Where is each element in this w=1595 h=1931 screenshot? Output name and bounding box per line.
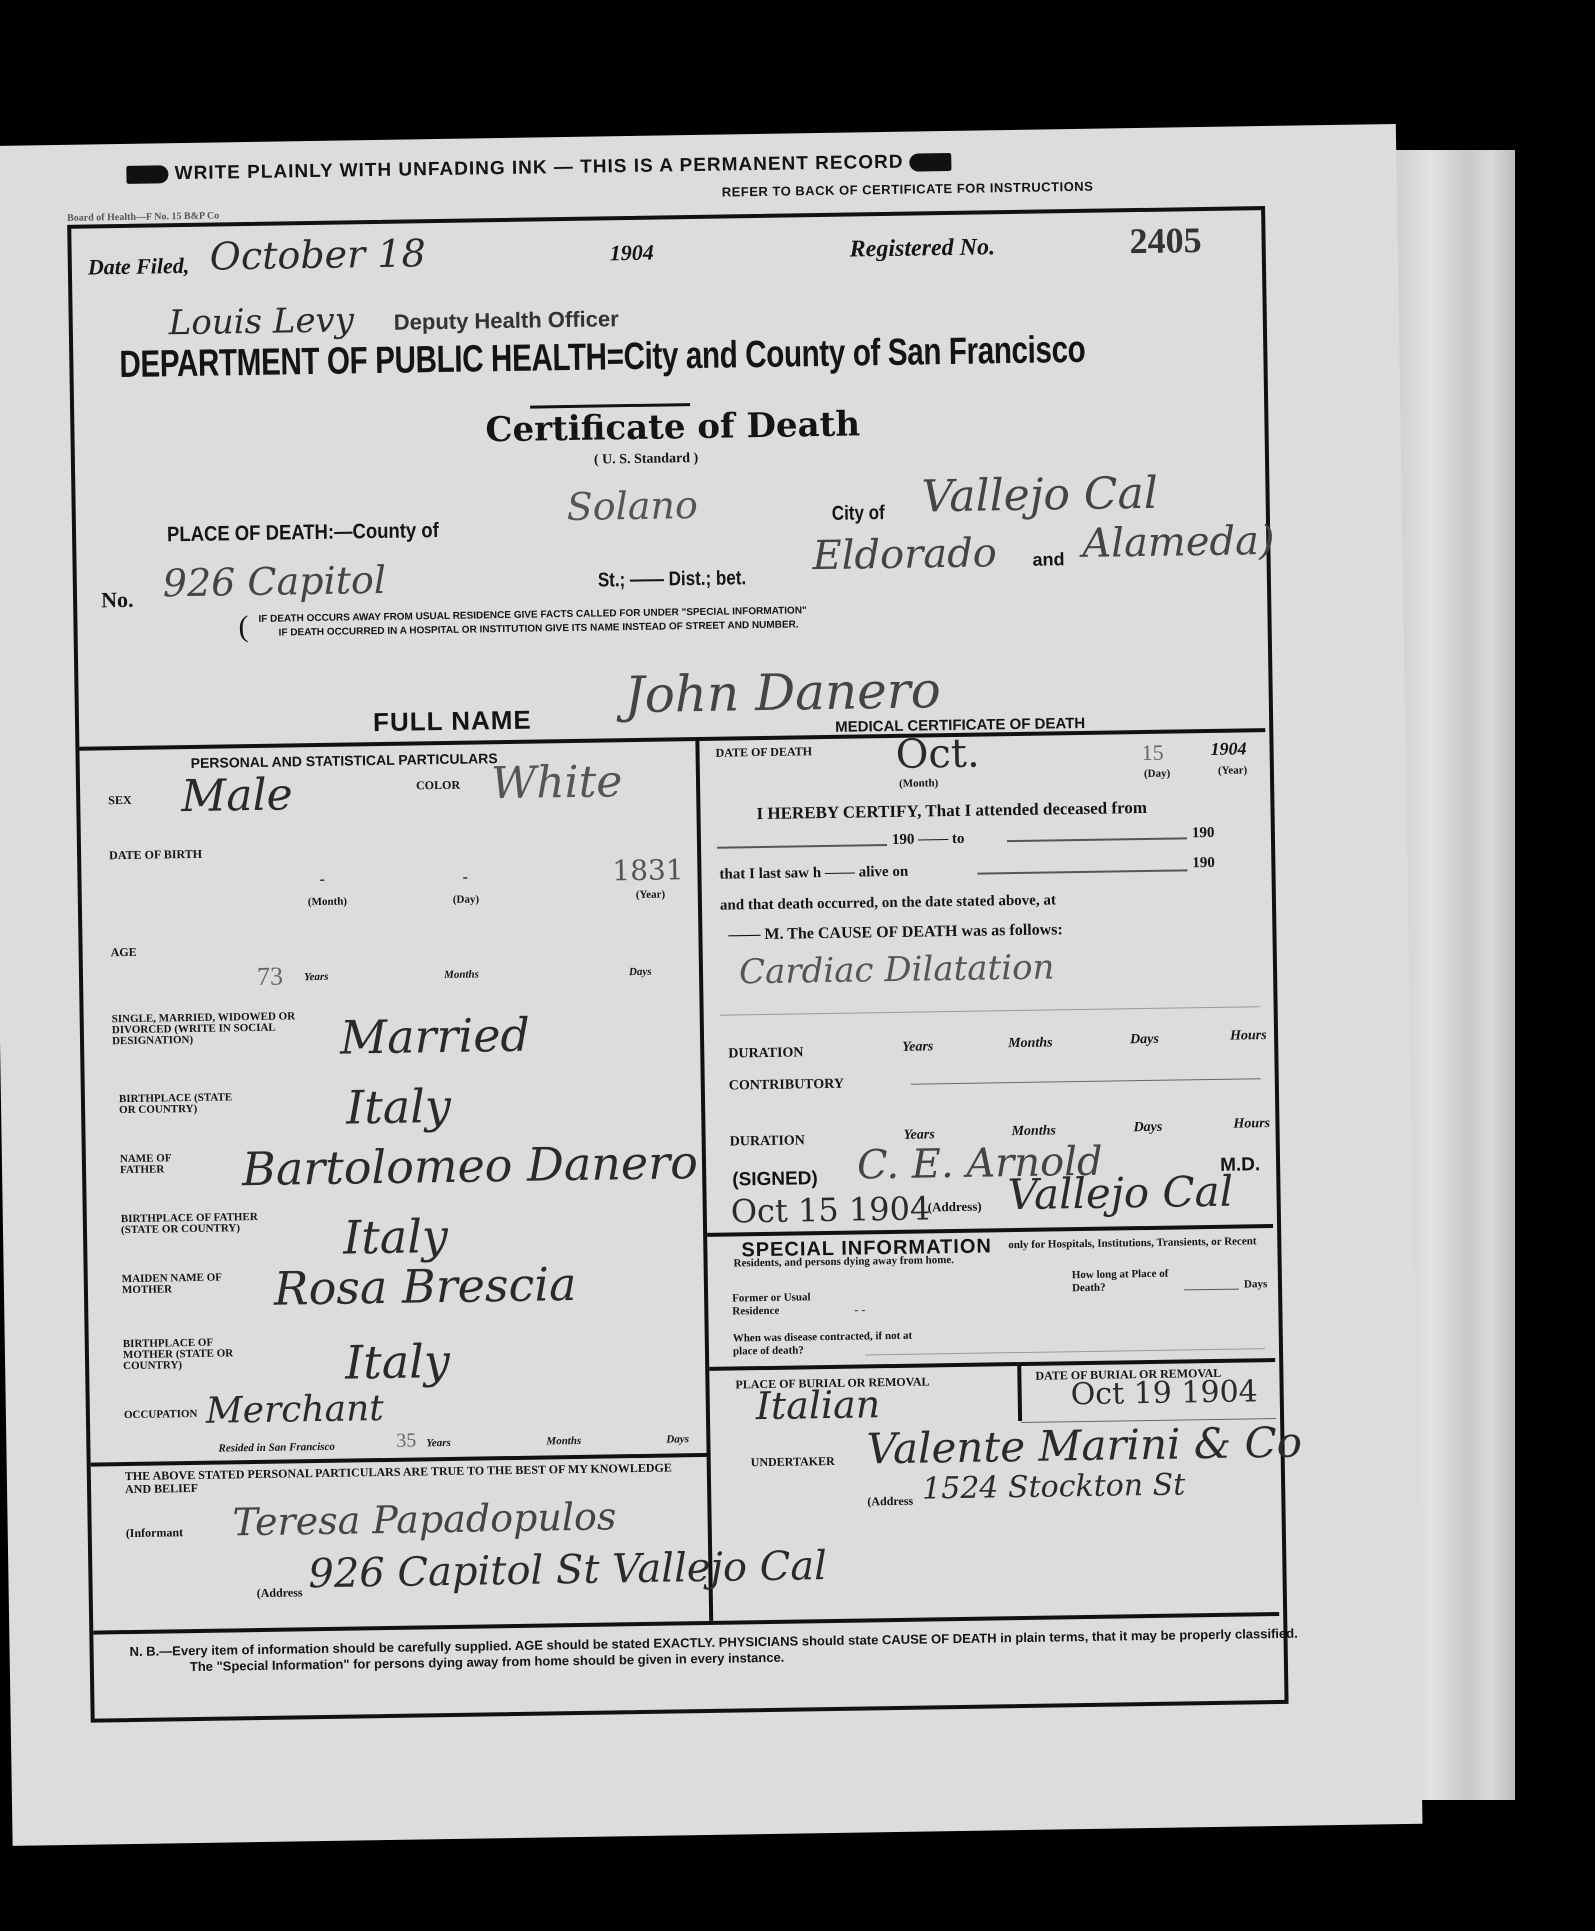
dod-day-caption: (Day)	[1144, 768, 1170, 780]
day-caption: (Day)	[453, 893, 479, 905]
birthplace-value: Italy	[346, 1079, 452, 1135]
cause-of-death: Cardiac Dilatation	[739, 947, 1055, 992]
certify-line-3a: that I last saw h —— alive on	[719, 864, 908, 884]
signed-date: Oct 15 1904	[730, 1189, 930, 1230]
year-caption: (Year)	[636, 889, 666, 901]
burial-place-value: Italian	[755, 1382, 880, 1428]
city-value: Vallejo Cal	[921, 468, 1158, 523]
city-label: City of	[832, 502, 885, 526]
burial-divider	[1017, 1366, 1022, 1421]
duration-days: Days	[1130, 1032, 1159, 1048]
marital-status-label: SINGLE, MARRIED, WIDOWED OR DIVORCED (Wr…	[112, 1011, 332, 1047]
month-caption: (Month)	[308, 896, 347, 909]
dob-month: -	[319, 871, 325, 889]
duration-hours: Hours	[1230, 1028, 1267, 1045]
duration-hours-2: Hours	[1233, 1116, 1270, 1133]
certify-line-3b: 190	[1192, 855, 1215, 872]
duration-days-2: Days	[1133, 1120, 1162, 1136]
mother-name-value: Rosa Brescia	[274, 1257, 577, 1316]
duration-years: Years	[902, 1039, 933, 1055]
street-value: 926 Capitol	[162, 558, 386, 605]
father-name-label: NAME OF FATHER	[120, 1153, 210, 1176]
registered-label: Registered No.	[849, 234, 995, 263]
mother-birthplace-label: BIRTHPLACE OF MOTHER (State or Country)	[123, 1337, 264, 1372]
duration-label-2: DURATION	[730, 1133, 805, 1150]
father-birthplace-label: BIRTHPLACE OF FATHER (State or Country)	[121, 1212, 261, 1236]
occupation-label: OCCUPATION	[124, 1408, 198, 1421]
date-of-birth-label: DATE OF BIRTH	[109, 848, 202, 861]
informant-label: (Informant	[126, 1525, 184, 1541]
color-label: COLOR	[416, 779, 460, 792]
days-label: Days	[1244, 1278, 1267, 1290]
certificate-title: Certificate of Death	[485, 404, 860, 450]
duration-label: DURATION	[728, 1045, 803, 1062]
years-caption: Years	[304, 971, 329, 983]
informant-address-value: 926 Capitol St Vallejo Cal	[308, 1543, 827, 1597]
and-label: and	[1032, 549, 1064, 571]
mother-name-label: MAIDEN NAME OF MOTHER	[122, 1272, 262, 1296]
date-filed-value: October 18	[209, 231, 426, 278]
how-long-label: How long at Place of Death?	[1072, 1267, 1182, 1295]
date-of-death-label: DATE OF DEATH	[715, 745, 812, 759]
duration-months-2: Months	[1011, 1123, 1056, 1140]
resided-label: Resided in San Francisco	[218, 1441, 335, 1455]
certify-line-2b: 190	[1192, 825, 1215, 842]
resided-years-caption: Years	[426, 1437, 451, 1449]
resided-years: 35	[396, 1430, 416, 1453]
father-birthplace-value: Italy	[343, 1209, 449, 1265]
undertaker-label: UNDERTAKER	[751, 1455, 835, 1468]
former-residence-label: Former or Usual Residence	[732, 1291, 832, 1319]
resided-days-caption: Days	[666, 1433, 689, 1445]
occupation-value: Merchant	[206, 1388, 384, 1432]
certify-line-2a: 190 —— to	[892, 831, 965, 849]
informant-address-label: (Address	[257, 1585, 303, 1601]
undertaker-address-label: (Address	[867, 1494, 913, 1510]
district-label: St.; —— Dist.; bet.	[598, 567, 747, 592]
paren-open: (	[238, 610, 249, 644]
dob-day: -	[462, 869, 468, 887]
marital-status-value: Married	[340, 1008, 531, 1065]
death-certificate-page: WRITE PLAINLY WITH UNFADING INK — THIS I…	[0, 124, 1422, 1846]
banner: WRITE PLAINLY WITH UNFADING INK — THIS I…	[126, 151, 952, 186]
former-residence-value: - -	[854, 1302, 865, 1317]
months-caption: Months	[444, 968, 479, 981]
undertaker-address-value: 1524 Stockton St	[922, 1467, 1186, 1506]
place-of-death-label: PLACE OF DEATH:—County of	[167, 519, 439, 547]
days-caption: Days	[629, 966, 652, 978]
dod-month-caption: (Month)	[899, 777, 938, 790]
mother-birthplace-value: Italy	[345, 1334, 451, 1390]
physician-address-label: (Address)	[928, 1199, 982, 1216]
pointing-hand-icon	[126, 165, 168, 184]
dod-year-caption: (Year)	[1218, 764, 1248, 776]
duration-months: Months	[1008, 1035, 1053, 1052]
age-label: AGE	[111, 946, 137, 958]
date-of-death-month: Oct.	[895, 731, 980, 778]
date-filed-label: Date Filed,	[88, 253, 190, 281]
certificate-subtitle: ( U. S. Standard )	[594, 451, 698, 469]
date-filed-year: 1904	[610, 240, 654, 267]
registered-number: 2405	[1129, 219, 1202, 262]
contributory-label: CONTRIBUTORY	[729, 1077, 844, 1095]
undertaker-value: Valente Marini & Co	[866, 1418, 1302, 1474]
age-years: 73	[257, 962, 283, 992]
refer-note: REFER TO BACK OF CERTIFICATE FOR INSTRUC…	[722, 179, 1094, 200]
sex-value: Male	[181, 769, 293, 822]
birthplace-label: BIRTHPLACE (State or Country)	[119, 1092, 249, 1116]
physician-address-value: Vallejo Cal	[1007, 1167, 1233, 1220]
sex-label: SEX	[108, 794, 132, 806]
date-of-death-year: 1904	[1210, 738, 1246, 760]
officer-signature: Louis Levy	[168, 300, 354, 343]
between-street-2: Alameda)	[1082, 518, 1275, 567]
resided-months-caption: Months	[546, 1435, 581, 1448]
between-street-1: Eldorado	[812, 530, 997, 579]
father-name-value: Bartolomeo Danero	[242, 1135, 699, 1196]
dob-year: 1831	[612, 853, 684, 887]
informant-value: Teresa Papadopulos	[232, 1494, 616, 1544]
full-name-value: John Danero	[624, 661, 941, 724]
color-value: White	[491, 756, 623, 809]
pointing-hand-icon	[910, 153, 952, 172]
burial-date-value: Oct 19 1904	[1070, 1374, 1258, 1412]
signed-label: (SIGNED)	[732, 1168, 818, 1191]
officer-title: Deputy Health Officer	[394, 306, 619, 336]
full-name-label: FULL NAME	[373, 705, 532, 738]
date-of-death-day: 15	[1141, 740, 1163, 766]
street-no-label: No.	[101, 587, 134, 614]
county-value: Solano	[566, 483, 698, 529]
